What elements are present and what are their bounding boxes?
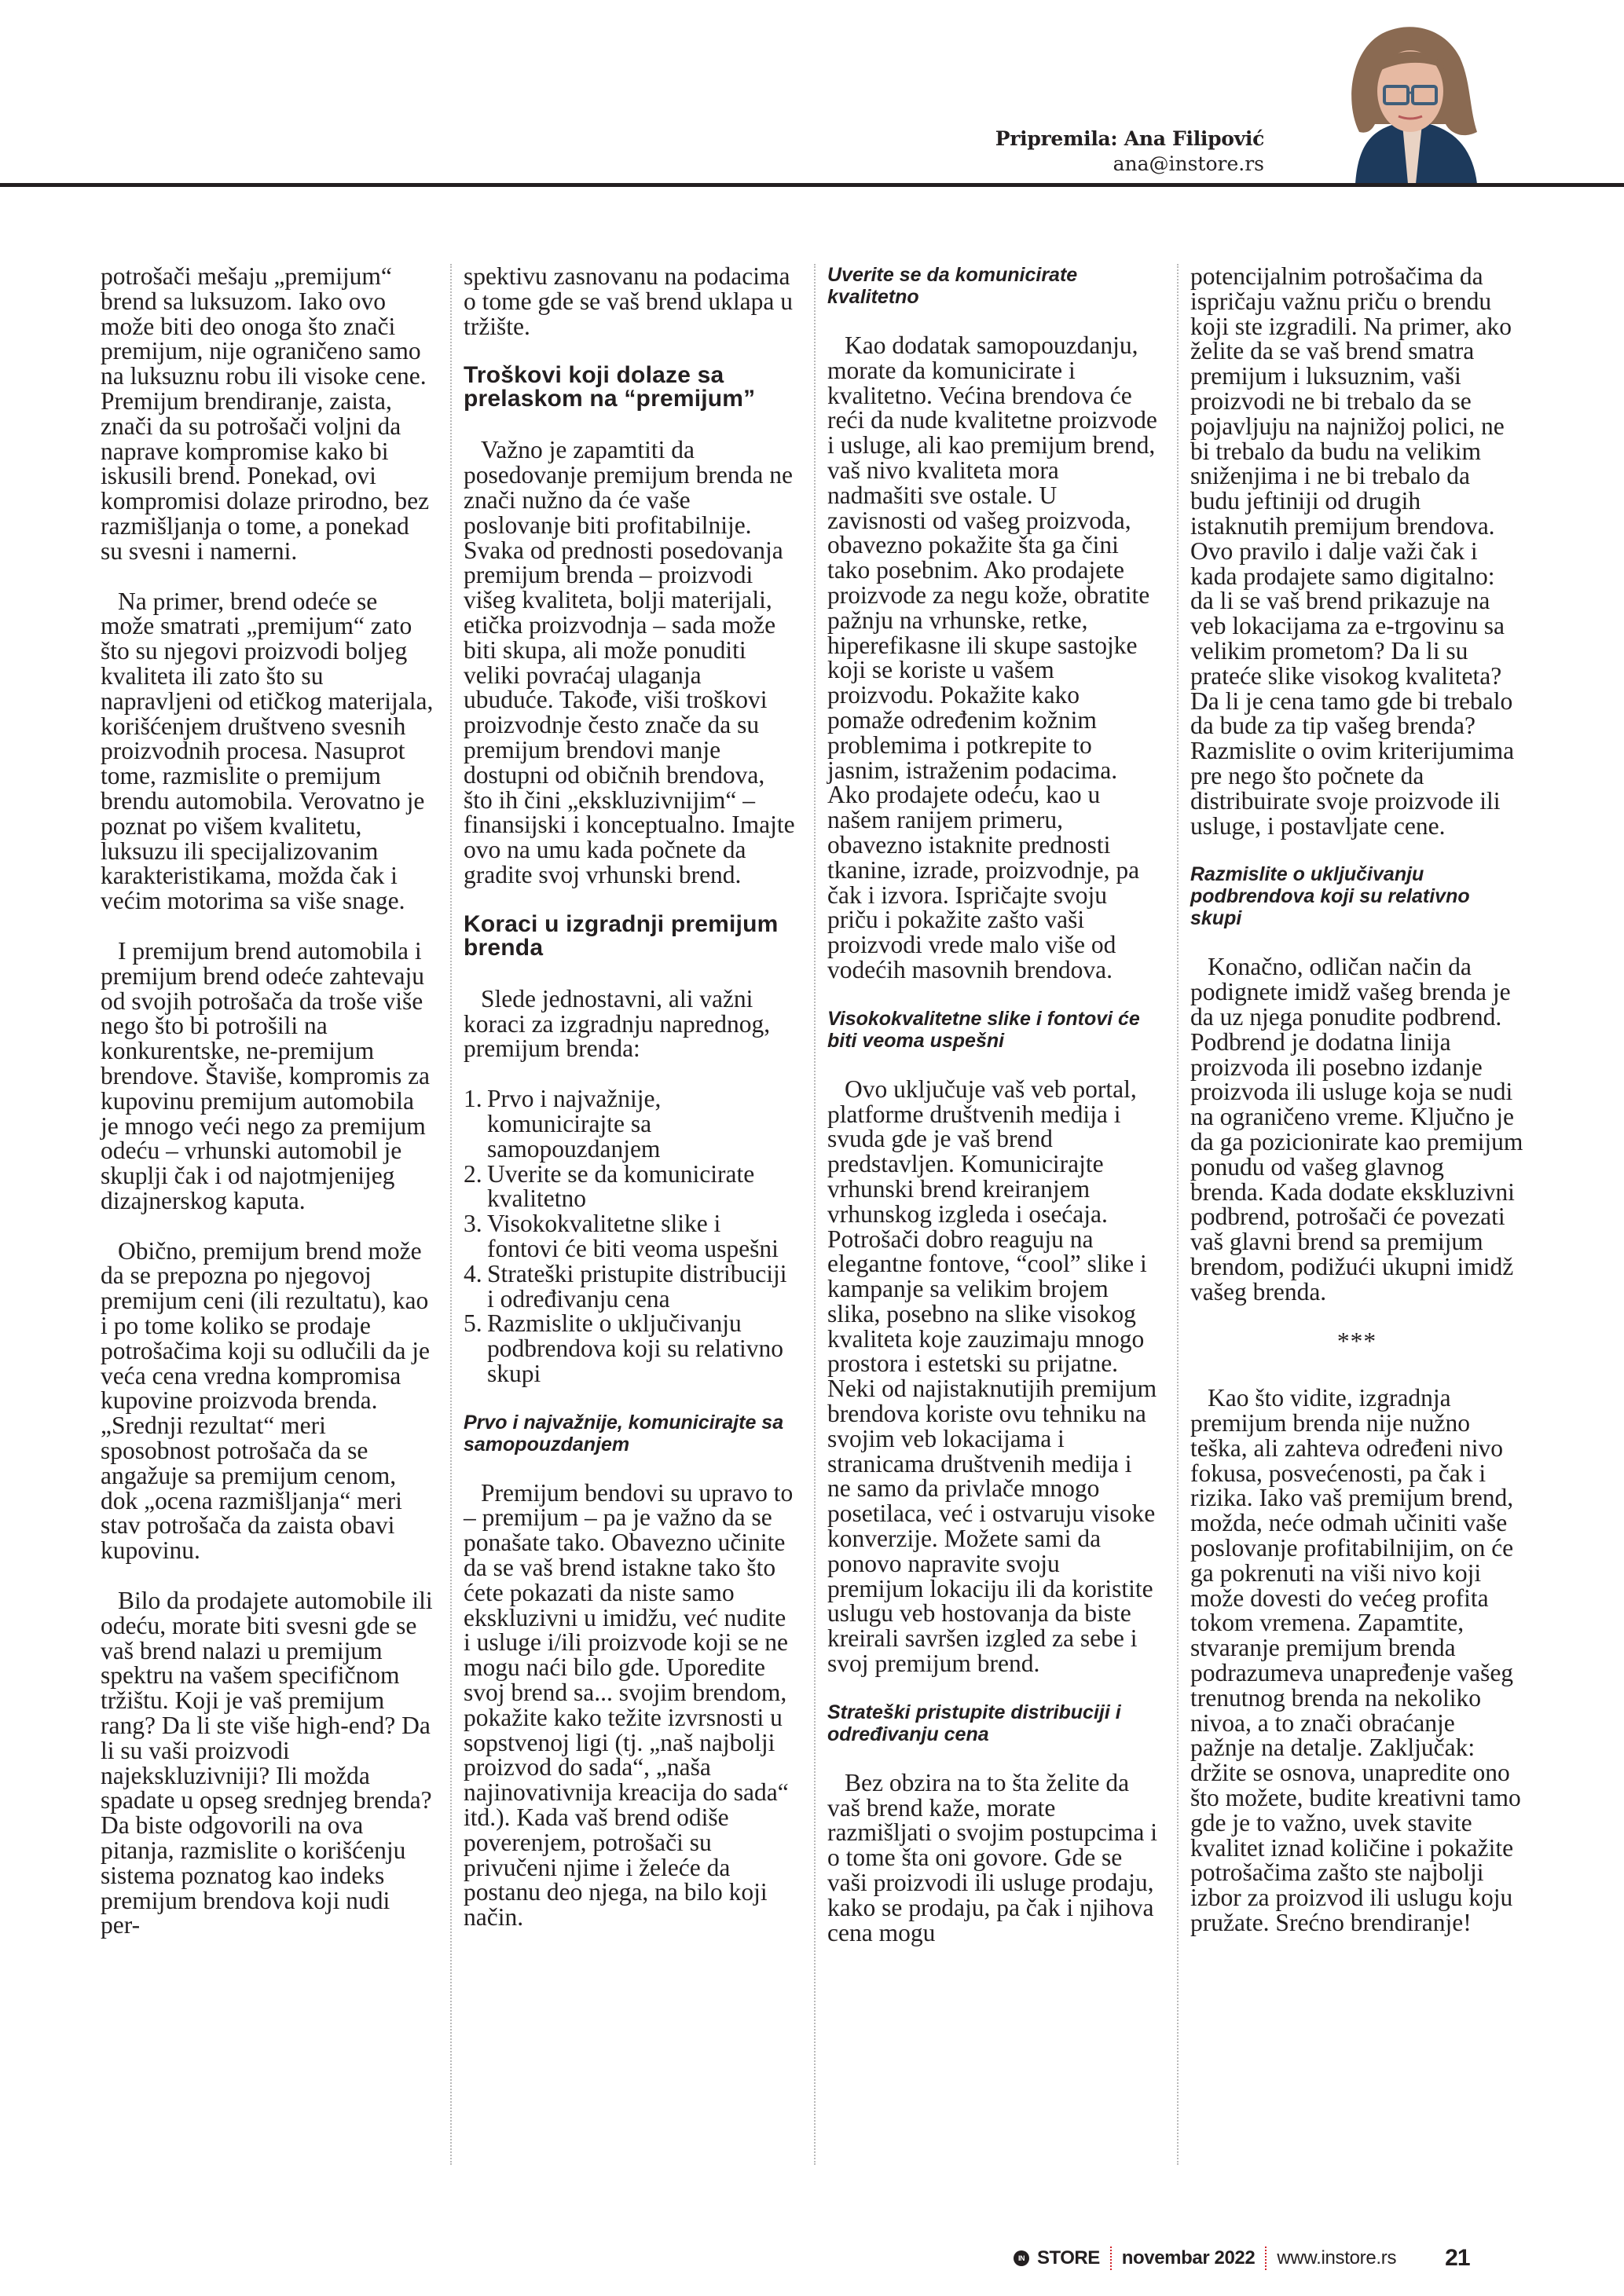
- author-email: ana@instore.rs: [995, 152, 1264, 176]
- page-number: 21: [1445, 2245, 1469, 2272]
- paragraph: Bez obzira na to šta želite da vaš brend…: [827, 1771, 1160, 1946]
- subsection-heading: Razmislite o uključivanju podbrendova ko…: [1190, 863, 1523, 929]
- list-number: 4.: [464, 1262, 487, 1312]
- list-item: 3.Visokokvalitetne slike i fontovi će bi…: [464, 1211, 797, 1262]
- paragraph: Premijum bendovi su upravo to – premijum…: [464, 1481, 797, 1930]
- list-text: Razmislite o uključivanju podbrendova ko…: [487, 1311, 797, 1386]
- subsection-heading: Visokokvalitetne slike i fontovi će biti…: [827, 1008, 1160, 1052]
- section-heading: Koraci u izgradnji premijum brenda: [464, 913, 797, 960]
- header-rule: [0, 183, 1624, 187]
- article-column-1: potrošači mešaju „premijum“ brend sa luk…: [101, 264, 434, 1963]
- list-number: 1.: [464, 1086, 487, 1161]
- portrait-image-icon: [1312, 14, 1509, 184]
- list-number: 3.: [464, 1211, 487, 1262]
- list-item: 2.Uverite se da komunicirate kvalitetno: [464, 1162, 797, 1212]
- author-name: Pripremila: Ana Filipović: [995, 126, 1264, 152]
- paragraph: Kao što vidite, izgradnja premijum brend…: [1190, 1386, 1523, 1935]
- paragraph: Slede jednostavni, ali važni koraci za i…: [464, 987, 797, 1061]
- list-text: Strateški pristupite distribuciji i odre…: [487, 1262, 797, 1312]
- paragraph: Važno je zapamtiti da posedovanje premij…: [464, 438, 797, 887]
- column-separator: [1177, 264, 1179, 2165]
- footer-divider: [1110, 2247, 1112, 2270]
- instore-logo: IN STORE: [1014, 2247, 1100, 2269]
- column-separator: [450, 264, 452, 2165]
- list-text: Visokokvalitetne slike i fontovi će biti…: [487, 1211, 797, 1262]
- list-item: 1.Prvo i najvažnije, komunicirajte sa sa…: [464, 1086, 797, 1161]
- footer-divider: [1265, 2247, 1267, 2270]
- article-column-3: Uverite se da komunicirate kvalitetno Ka…: [827, 264, 1160, 1970]
- article-column-2: spektivu zasnovanu na podacima o tome gd…: [464, 264, 797, 1955]
- page-header: Pripremila: Ana Filipović ana@instore.rs: [0, 0, 1624, 185]
- issue-date: novembar 2022: [1122, 2247, 1256, 2269]
- website-link[interactable]: www.instore.rs: [1277, 2247, 1396, 2269]
- paragraph: spektivu zasnovanu na podacima o tome gd…: [464, 264, 797, 339]
- subsection-heading: Uverite se da komunicirate kvalitetno: [827, 264, 1160, 308]
- subsection-heading: Strateški pristupite distribuciji i odre…: [827, 1701, 1160, 1745]
- section-separator: ***: [1190, 1329, 1523, 1354]
- paragraph: potrošači mešaju „premijum“ brend sa luk…: [101, 264, 434, 564]
- steps-list: 1.Prvo i najvažnije, komunicirajte sa sa…: [464, 1086, 797, 1386]
- article-column-4: potencijalnim potrošačima da ispričaju v…: [1190, 264, 1523, 1961]
- paragraph: Kao dodatak samopouzdanju, morate da kom…: [827, 333, 1160, 983]
- list-item: 5.Razmislite o uključivanju podbrendova …: [464, 1311, 797, 1386]
- list-text: Prvo i najvažnije, komunicirajte sa samo…: [487, 1086, 797, 1161]
- paragraph: I premijum brend automobila i premijum b…: [101, 939, 434, 1214]
- instore-logo-icon: IN: [1014, 2250, 1029, 2266]
- list-item: 4.Strateški pristupite distribuciji i od…: [464, 1262, 797, 1312]
- subsection-heading: Prvo i najvažnije, komunicirajte sa samo…: [464, 1412, 797, 1456]
- page-footer: IN STORE novembar 2022 www.instore.rs 21: [1014, 2244, 1470, 2272]
- paragraph: Na primer, brend odeće se može smatrati …: [101, 589, 434, 914]
- column-separator: [814, 264, 816, 2165]
- author-photo: [1312, 14, 1509, 184]
- paragraph: potencijalnim potrošačima da ispričaju v…: [1190, 264, 1523, 838]
- paragraph: Bilo da prodajete automobile ili odeću, …: [101, 1588, 434, 1938]
- paragraph: Obično, premijum brend može da se prepoz…: [101, 1239, 434, 1563]
- section-heading: Troškovi koji dolaze sa prelaskom na “pr…: [464, 364, 797, 411]
- paragraph: Ovo uključuje vaš veb portal, platforme …: [827, 1077, 1160, 1676]
- paragraph: Konačno, odličan način da podignete imid…: [1190, 954, 1523, 1304]
- logo-text: STORE: [1037, 2247, 1100, 2269]
- list-number: 2.: [464, 1162, 487, 1212]
- list-number: 5.: [464, 1311, 487, 1386]
- list-text: Uverite se da komunicirate kvalitetno: [487, 1162, 797, 1212]
- byline: Pripremila: Ana Filipović ana@instore.rs: [995, 126, 1264, 176]
